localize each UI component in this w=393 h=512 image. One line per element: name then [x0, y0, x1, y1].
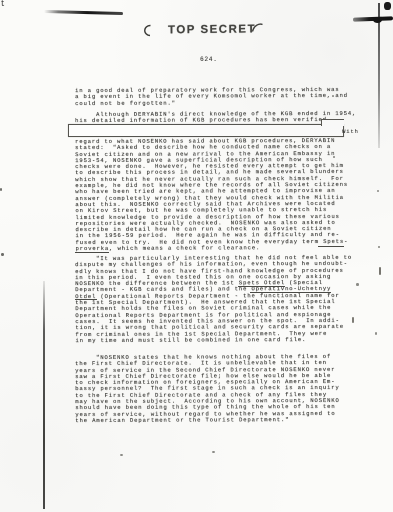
underline-mark: [75, 299, 97, 300]
scanned-document-page: t TOP SECRET 624. in a good deal of prep…: [0, 0, 393, 512]
text-line: proverka, which means a check for cleara…: [75, 245, 347, 252]
underline-mark: [250, 292, 331, 293]
paragraph: regard to what NOSENKO has said about KG…: [75, 138, 347, 253]
document-body: in a good deal of preparatory work for t…: [0, 0, 393, 512]
paragraph: "It was particularly interesting that he…: [75, 254, 347, 343]
redaction-box-tab: [321, 119, 344, 126]
underline-mark: [75, 252, 109, 253]
paragraph: "NOSENKO states that he knows nothing ab…: [75, 353, 347, 423]
paragraph: Although DERYABIN's direct knowledge of …: [75, 110, 347, 124]
text-line: the American Department or the Tourist D…: [75, 416, 347, 423]
paragraph: in a good deal of preparatory work for t…: [75, 87, 347, 107]
underline-mark: [238, 286, 285, 287]
text-line: could not be forgotten.": [75, 99, 347, 106]
underline-mark: [318, 246, 344, 247]
redaction-trailing-word: With: [342, 128, 359, 135]
text-line: in my time and must still be combined in…: [75, 336, 347, 343]
redaction-box: [68, 124, 344, 137]
